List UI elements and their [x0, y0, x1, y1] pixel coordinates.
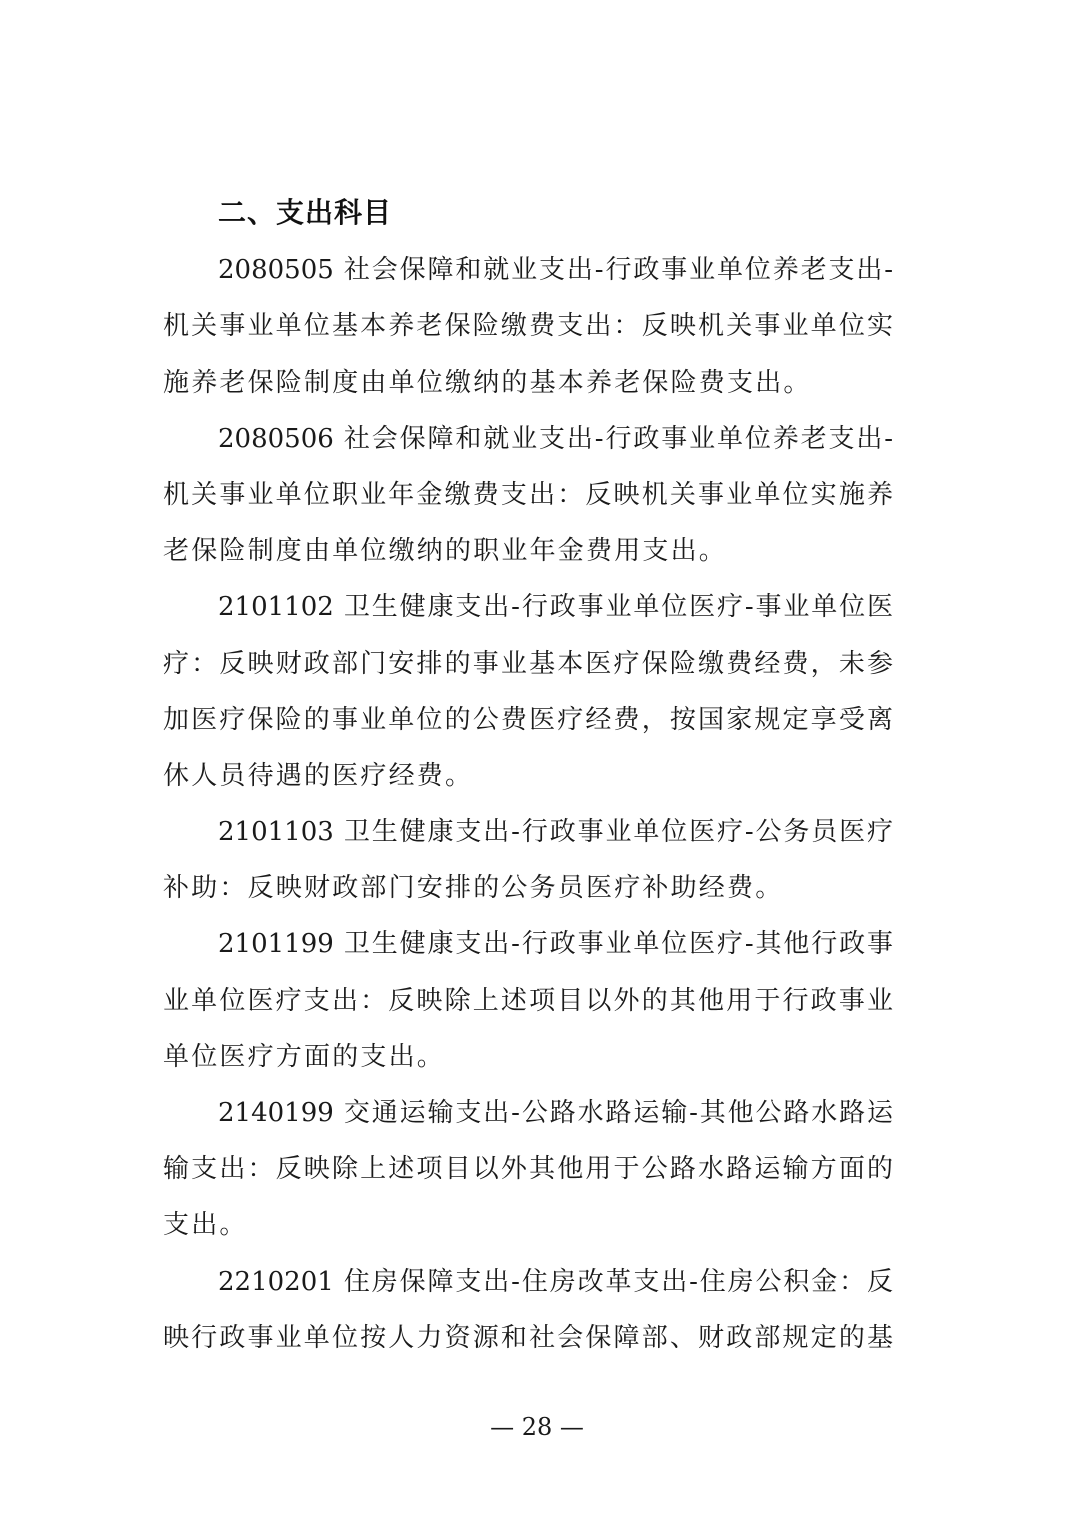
text-line: 加医疗保险的事业单位的公费医疗经费，按国家规定享受离	[163, 700, 893, 740]
text-line: 输支出：反映除上述项目以外其他用于公路水路运输方面的	[163, 1149, 893, 1189]
text-line: 映行政事业单位按人力资源和社会保障部、财政部规定的基	[163, 1318, 893, 1358]
text-line: 补助：反映财政部门安排的公务员医疗补助经费。	[163, 868, 893, 908]
text-line: 机关事业单位基本养老保险缴费支出：反映机关事业单位实	[163, 306, 893, 346]
text-line: 2140199 交通运输支出-公路水路运输-其他公路水路运	[218, 1093, 893, 1133]
text-line: 休人员待遇的医疗经费。	[163, 756, 893, 796]
text-line: 2210201 住房保障支出-住房改革支出-住房公积金：反	[218, 1262, 893, 1302]
text-line: 2101103 卫生健康支出-行政事业单位医疗-公务员医疗	[218, 812, 893, 852]
section-heading: 二、支出科目	[218, 193, 392, 233]
text-line: 老保险制度由单位缴纳的职业年金费用支出。	[163, 531, 893, 571]
text-line: 2101199 卫生健康支出-行政事业单位医疗-其他行政事	[218, 924, 893, 964]
text-line: 2101102 卫生健康支出-行政事业单位医疗-事业单位医	[218, 587, 893, 627]
document-page: 二、支出科目 2080505 社会保障和就业支出-行政事业单位养老支出- 机关事…	[0, 0, 1074, 1520]
text-line: 支出。	[163, 1205, 893, 1245]
text-line: 单位医疗方面的支出。	[163, 1037, 893, 1077]
text-line: 疗：反映财政部门安排的事业基本医疗保险缴费经费，未参	[163, 644, 893, 684]
text-line: 机关事业单位职业年金缴费支出：反映机关事业单位实施养	[163, 475, 893, 515]
text-line: 施养老保险制度由单位缴纳的基本养老保险费支出。	[163, 363, 893, 403]
page-number: — 28 —	[0, 1407, 1074, 1447]
text-line: 2080505 社会保障和就业支出-行政事业单位养老支出-	[218, 250, 893, 290]
text-line: 2080506 社会保障和就业支出-行政事业单位养老支出-	[218, 419, 893, 459]
text-line: 业单位医疗支出：反映除上述项目以外的其他用于行政事业	[163, 981, 893, 1021]
